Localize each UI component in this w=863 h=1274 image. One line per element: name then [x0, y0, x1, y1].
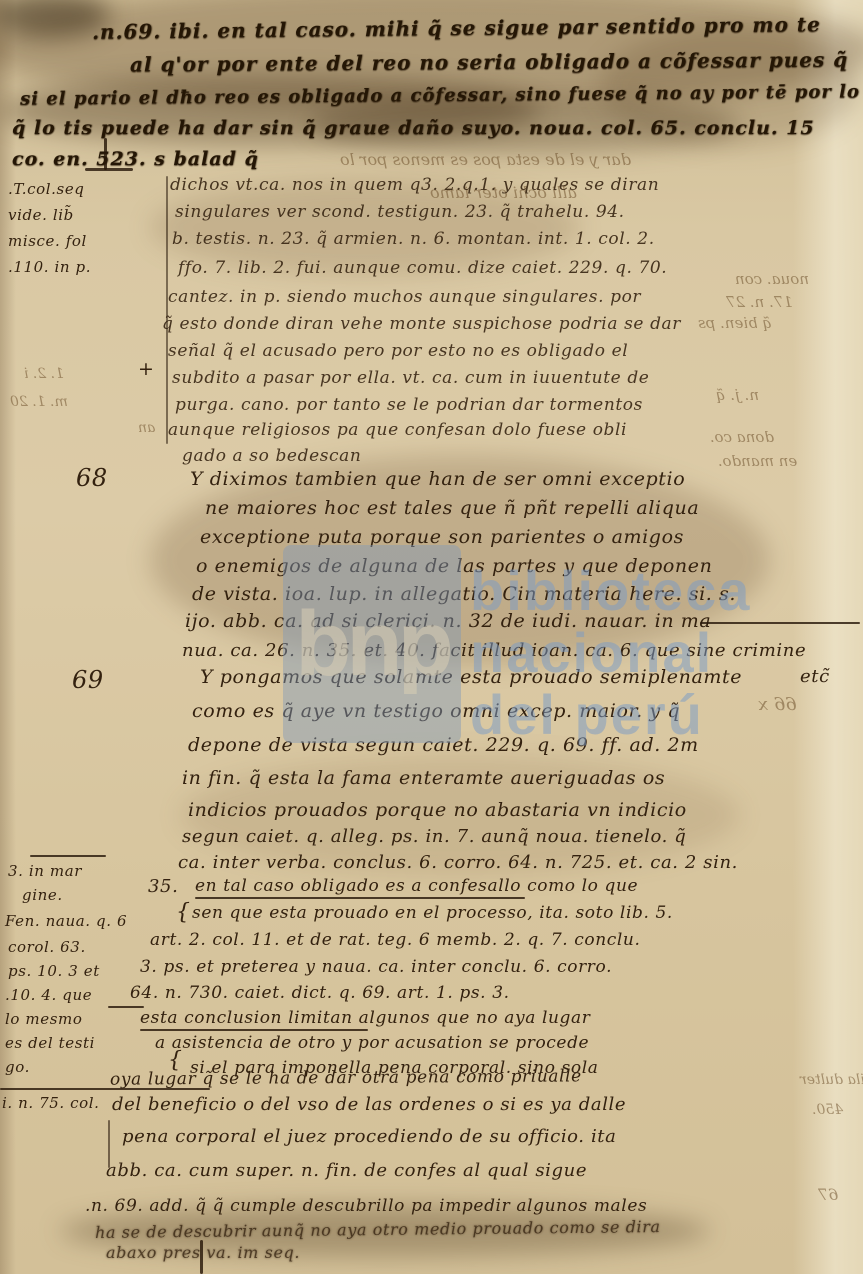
manuscript-line: in fin. q̃ esta la fama enteramte auerig…: [182, 767, 665, 789]
bracket-rule: [104, 138, 107, 170]
bleedthrough-text: dar y el de esta pos es menos por lo: [340, 150, 631, 169]
manuscript-line: co. en. 523. s balad q̃: [12, 148, 259, 170]
manuscript-line: Y diximos tambien que han de ser omni ex…: [190, 468, 685, 490]
margin-note: Fen. naua. q. 6: [5, 912, 127, 930]
manuscript-line: 64. n. 730. caiet. dict. q. 69. art. 1. …: [130, 983, 510, 1003]
bleedthrough-text: an: [138, 420, 155, 436]
bleedthrough-text: en mando.: [718, 452, 797, 470]
bleedthrough-text: 1. 2. i: [24, 366, 64, 382]
bleedthrough-text: noua. con: [735, 270, 809, 288]
manuscript-line: oya lugar q̃ se le ha de dar otra pena c…: [110, 1066, 582, 1089]
margin-note: .10. 4. que: [5, 986, 92, 1004]
manuscript-line: ne maiores hoc est tales que ñ pñt repel…: [205, 497, 699, 519]
manuscript-line: .n. 69. add. q̃ q̃ cumple descubrillo pa…: [85, 1196, 647, 1216]
manuscript-line: q̃ esto donde diran vehe monte suspichos…: [162, 314, 681, 334]
manuscript-line: ha se de descubrir aunq̃ no aya otro med…: [95, 1217, 661, 1242]
manuscript-line: si el pario el dħo reo es obligado a cõf…: [20, 81, 860, 109]
margin-rule: [30, 855, 106, 857]
bnp-logo-text: bnp: [295, 592, 449, 697]
manuscript-line: segun caiet. q. alleg. ps. in. 7. aunq̃ …: [182, 826, 686, 847]
margin-plus-mark: +: [138, 358, 155, 380]
bleedthrough-text: q̃ bien. ps: [698, 314, 772, 332]
manuscript-line: señal q̃ el acusado pero por esto no es …: [168, 341, 628, 361]
brace-mark: {: [176, 900, 191, 925]
manuscript-line: abaxo pres va. im seq.: [106, 1243, 300, 1262]
manuscript-line: aunque religiosos pa que confesan dolo f…: [168, 420, 627, 440]
manuscript-line: art. 2. col. 11. et de rat. teg. 6 memb.…: [150, 930, 640, 950]
watermark-line: biblioteca: [470, 558, 751, 623]
manuscript-line: abb. ca. cum super. n. fin. de confes al…: [106, 1160, 587, 1181]
bleedthrough-text: m. 1. 20: [10, 394, 68, 410]
manuscript-line: pena corporal el juez procediendo de su …: [122, 1126, 616, 1147]
manuscript-line: cantez. in p. siendo muchos aunque singu…: [168, 287, 641, 307]
underline-rule: [195, 897, 525, 899]
bleedthrough-text: ila dulter: [800, 1072, 863, 1088]
margin-note: lo mesmo: [5, 1010, 82, 1028]
bleedthrough-text: 67: [818, 1185, 838, 1204]
margin-note: misce. fol: [8, 232, 87, 250]
bleedthrough-text: 450.: [812, 1102, 843, 1118]
margin-note: .T.col.seq: [8, 180, 85, 198]
margin-note: gine.: [22, 886, 63, 904]
manuscript-line: a asistencia de otro y por acusation se …: [155, 1033, 589, 1053]
manuscript-line: dichos vt.ca. nos in quem q3. 2.q.1. y q…: [170, 175, 659, 195]
line-marker: 35.: [148, 876, 178, 897]
margin-note: 3. in mar: [8, 862, 82, 880]
margin-note: es del testi: [5, 1034, 95, 1052]
manuscript-line: .n.69. ibi. en tal caso. mihi q̃ se sigu…: [92, 12, 821, 44]
manuscript-line: sen que esta prouado en el processo, ita…: [192, 903, 673, 923]
manuscript-line: del beneficio o del vso de las ordenes o…: [112, 1094, 626, 1115]
margin-rule: [0, 1088, 210, 1090]
manuscript-line: esta conclusion limitan algunos que no a…: [140, 1008, 590, 1028]
bnp-logo: bnp: [283, 545, 461, 743]
side-note: etc̃: [800, 666, 830, 687]
margin-note: go.: [5, 1058, 30, 1076]
bleedthrough-text: n. j. q̃: [716, 386, 759, 404]
manuscript-line: indicios prouados porque no abastaria vn…: [188, 799, 687, 821]
margin-note: ps. 10. 3 et: [8, 962, 100, 980]
manuscript-line: ca. inter verba. conclus. 6. corro. 64. …: [178, 852, 738, 873]
manuscript-line: ffo. 7. lib. 2. fui. aunque comu. dize c…: [178, 258, 667, 278]
margin-note: corol. 63.: [8, 938, 86, 956]
bleedthrough-text: 17. n. 27: [726, 293, 793, 311]
bracket-rule: [200, 1240, 203, 1274]
manuscript-line: subdito a pasar por ella. vt. ca. cum in…: [172, 368, 649, 388]
manuscript-line: b. testis. n. 23. q̃ armien. n. 6. monta…: [172, 229, 655, 249]
bleedthrough-text: 66 x: [758, 694, 797, 715]
margin-note: vide. lib̃: [8, 206, 74, 224]
margin-note: .110. in p.: [8, 258, 91, 276]
manuscript-line: al q'or por ente del reo no seria obliga…: [130, 47, 848, 76]
underline-rule: [140, 1029, 368, 1031]
manuscript-page: dar y el de esta pos es menos por lo all…: [0, 0, 863, 1274]
manuscript-line: singulares ver scond. testigun. 23. q̃ t…: [175, 202, 625, 222]
manuscript-line: gado a so bedescan: [182, 446, 361, 466]
margin-note: i. n. 75. col.: [2, 1094, 100, 1112]
underline-rule: [108, 1006, 144, 1008]
watermark-line: nacional: [470, 620, 713, 685]
manuscript-line: q̃ lo tis puede ha dar sin q̃ graue daño…: [12, 117, 815, 139]
watermark-line: del perú: [470, 682, 704, 747]
manuscript-line: purga. cano. por tanto se le podrian dar…: [175, 395, 643, 415]
bleedthrough-text: dona co.: [710, 428, 774, 446]
bracket-rule: [85, 168, 133, 171]
margin-divider-rule: [166, 176, 168, 444]
section-number: 69: [72, 666, 104, 694]
manuscript-line: en tal caso obligado es a confesallo com…: [195, 876, 638, 896]
section-number: 68: [76, 464, 108, 492]
manuscript-line: 3. ps. et preterea y naua. ca. inter con…: [140, 957, 612, 977]
